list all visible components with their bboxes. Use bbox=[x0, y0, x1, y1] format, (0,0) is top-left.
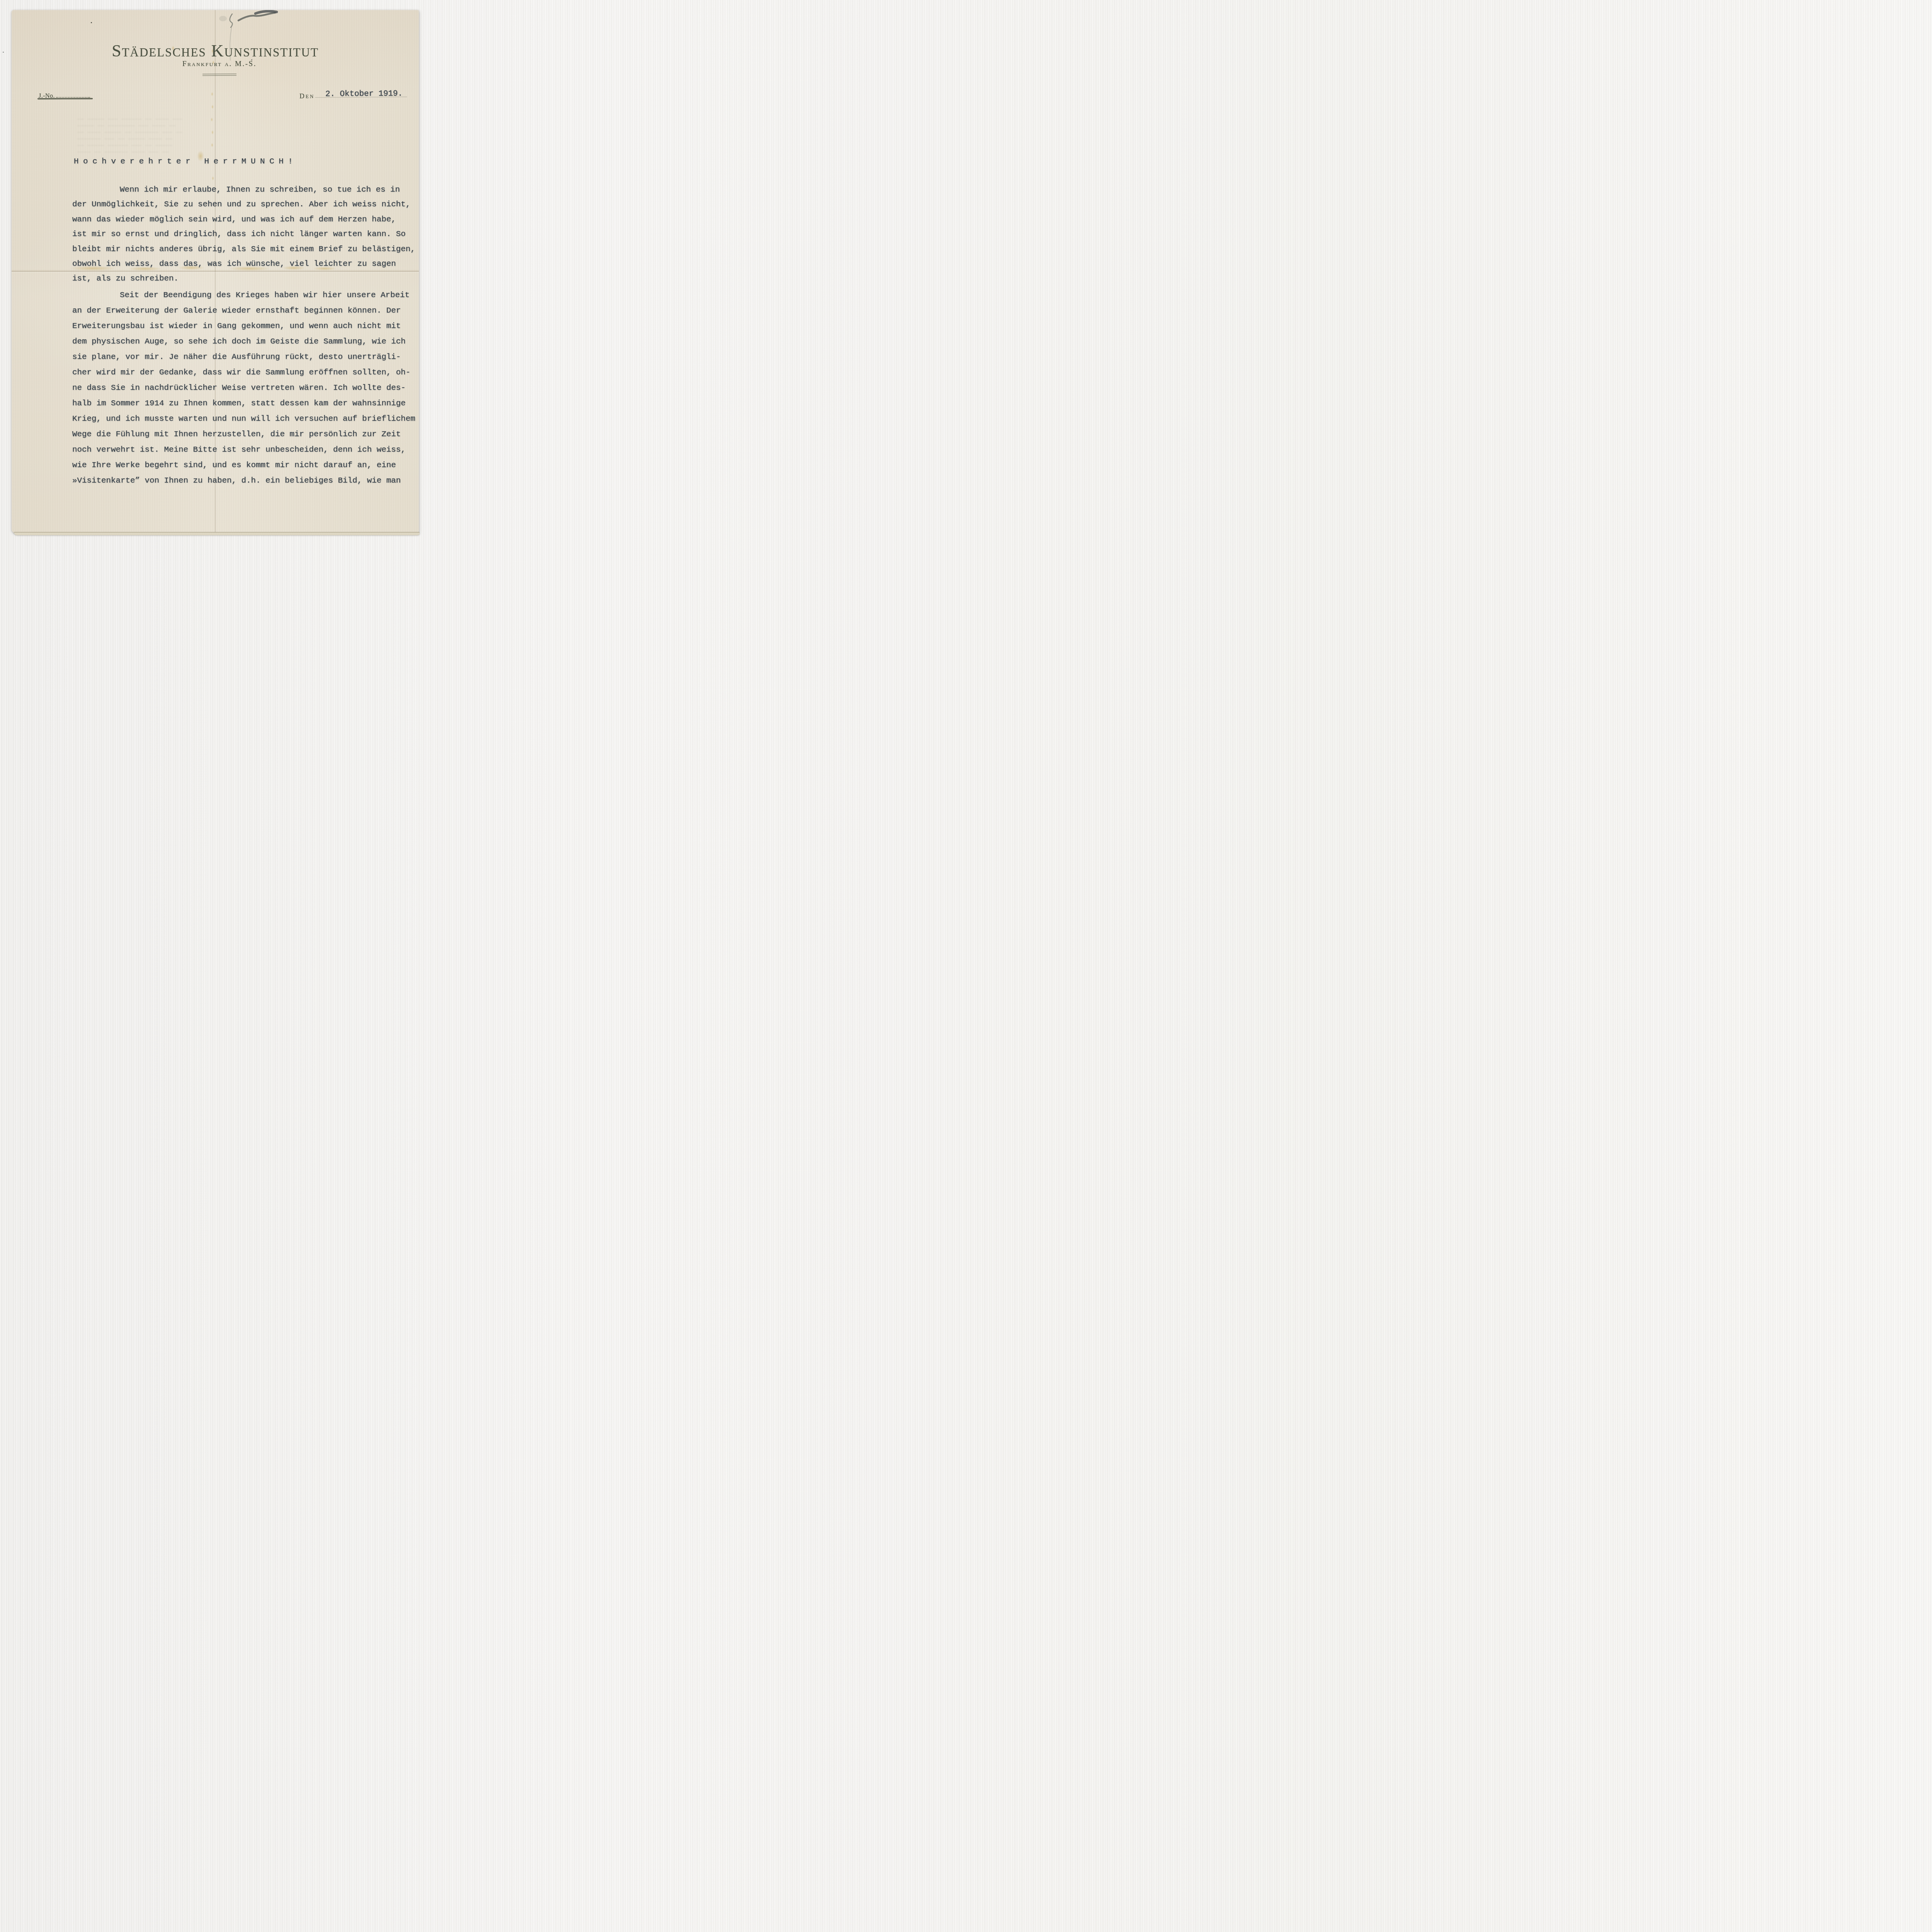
body-line: an der Erweiterung der Galerie wieder er… bbox=[72, 303, 421, 319]
speck bbox=[91, 22, 92, 23]
body-line: wie Ihre Werke begehrt sind, und es komm… bbox=[72, 458, 421, 473]
body-line: Krieg, und ich musste warten und nun wil… bbox=[72, 412, 421, 427]
ghost-bleedthrough-text: ―― ――――― ――― ―――――― ―― ―――― ――― ――――― ――… bbox=[77, 116, 386, 155]
ghost-line: ―――― ―― ――――――― ―――― ――― ―― bbox=[77, 149, 386, 155]
journal-number-dotted-line bbox=[56, 92, 90, 98]
ghost-line: ―― ――――― ――― ―――――― ―― ―――― ――― bbox=[77, 116, 386, 122]
body-line: dem physischen Auge, so sehe ich doch im… bbox=[72, 334, 421, 350]
background-speck bbox=[3, 52, 4, 53]
ghost-line: ――――― ―― ―――――――― ――― ―――― ―― bbox=[77, 122, 386, 129]
ghost-line: ――――――― ――― ―― ――――― ―――― ―― bbox=[77, 136, 386, 142]
body-line: sie plane, vor mir. Je näher die Ausführ… bbox=[72, 350, 421, 365]
body-line: Wenn ich mir erlaube, Ihnen zu schreiben… bbox=[72, 183, 421, 197]
letterhead-location: Frankfurt a. M.-S. bbox=[16, 60, 423, 68]
letter-paper: ―― ――――― ――― ―――――― ―― ―――― ――― ――――― ――… bbox=[12, 10, 419, 533]
letterhead-institution: Städelsches Kunstinstitut bbox=[12, 41, 419, 61]
body-line: Wege die Fühlung mit Ihnen herzustellen,… bbox=[72, 427, 421, 442]
date-label: Den bbox=[299, 92, 315, 100]
stain bbox=[211, 143, 213, 147]
body-line: der Unmöglichkeit, Sie zu sehen und zu s… bbox=[72, 197, 421, 212]
body-line: »Visitenkarte” von Ihnen zu haben, d.h. … bbox=[72, 473, 421, 489]
second-sheet-edge bbox=[14, 532, 420, 535]
body-line: cher wird mir der Gedanke, dass wir die … bbox=[72, 365, 421, 381]
body-line: noch verwehrt ist. Meine Bitte ist sehr … bbox=[72, 442, 421, 458]
body-line: Seit der Beendigung des Krieges haben wi… bbox=[72, 288, 421, 303]
stain bbox=[211, 130, 214, 134]
stain bbox=[211, 105, 214, 109]
body-line: ist mir so ernst und dringlich, dass ich… bbox=[72, 227, 421, 242]
body-line: bleibt mir nichts anderes übrig, als Sie… bbox=[72, 242, 421, 257]
body-line: halb im Sommer 1914 zu Ihnen kommen, sta… bbox=[72, 396, 421, 412]
stain bbox=[211, 117, 213, 122]
body-line: ne dass Sie in nachdrücklicher Weise ver… bbox=[72, 381, 421, 396]
date-dotted-line bbox=[315, 91, 407, 98]
body-line: wann das wieder möglich sein wird, und w… bbox=[72, 213, 421, 227]
letterhead-divider bbox=[202, 74, 236, 76]
body-paragraph-1: Wenn ich mir erlaube, Ihnen zu schreiben… bbox=[72, 183, 421, 287]
body-paragraph-2: Seit der Beendigung des Krieges haben wi… bbox=[72, 288, 421, 489]
ghost-line: ―― ―――― ――――― ―― ――――――― ――― ―― bbox=[77, 129, 386, 136]
stain bbox=[212, 176, 214, 180]
scan-background: { "letterhead": { "institution": "Städel… bbox=[0, 0, 427, 545]
stain bbox=[211, 92, 213, 96]
body-line: Erweiterungsbau ist wieder in Gang gekom… bbox=[72, 319, 421, 334]
salutation: Hochverehrter HerrMUNCH! bbox=[74, 157, 297, 166]
body-line: obwohl ich weiss, dass das, was ich wüns… bbox=[72, 257, 421, 272]
ghost-line: ―― ――――― ―――――― ――― ―― ――――― bbox=[77, 142, 386, 149]
body-line: ist, als zu schreiben. bbox=[72, 272, 421, 286]
